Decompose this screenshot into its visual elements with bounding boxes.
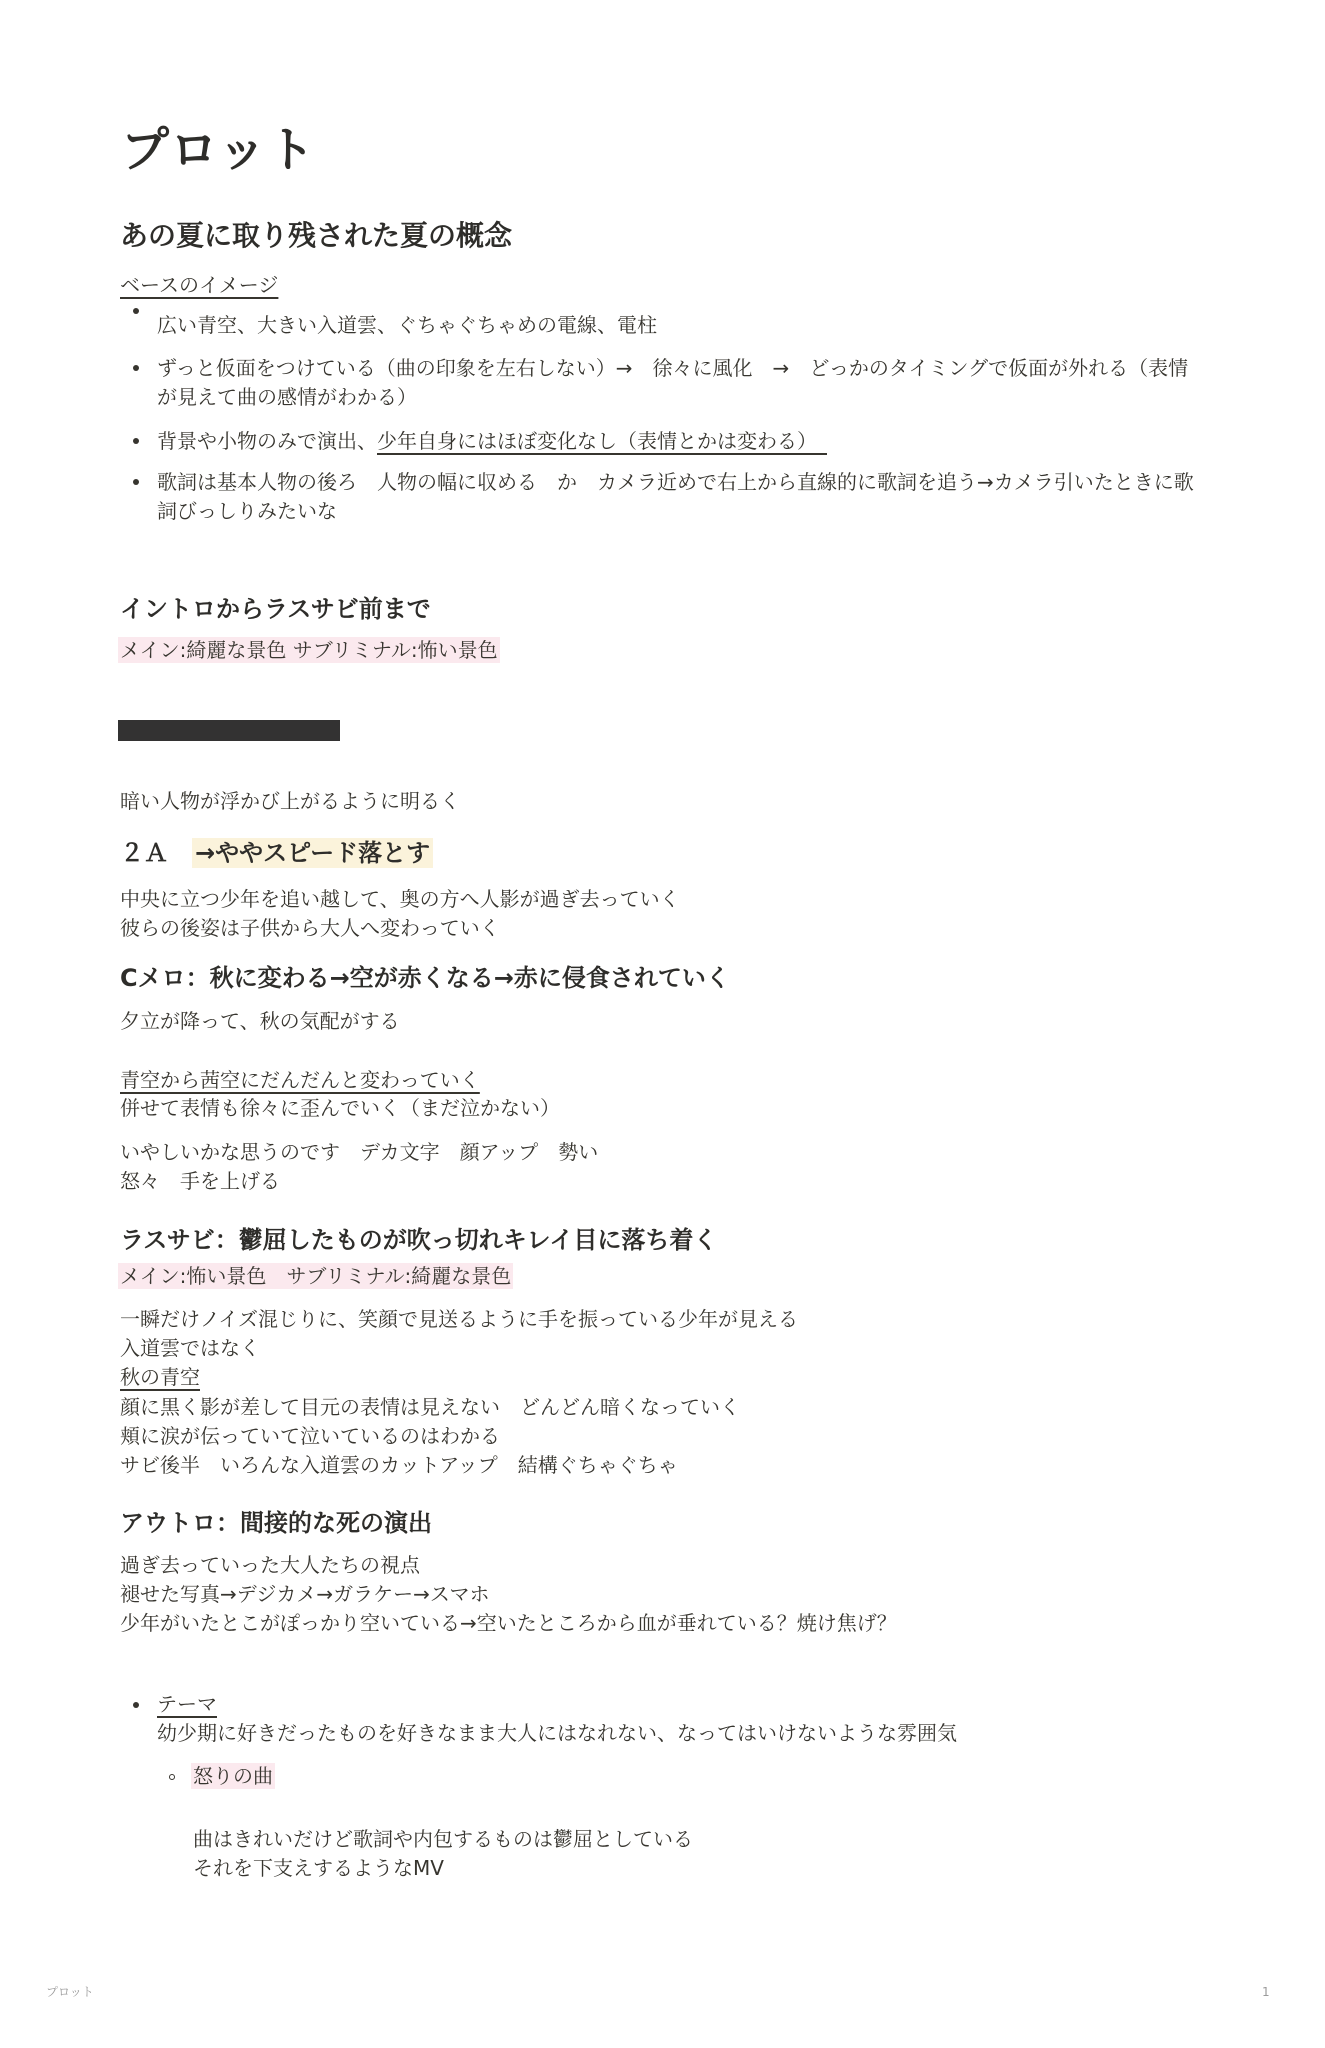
intro-heading: イントロからラスサビ前まで (120, 593, 431, 625)
footer-title: プロット (46, 1984, 94, 2000)
paragraph-line: サビ後半 いろんな入道雲のカットアップ 結構ぐちゃぐちゃ (120, 1451, 798, 1480)
last-chorus-highlight-line: メイン:怖い景色 サブリミナル:綺麗な景色 (120, 1262, 513, 1291)
concept-heading: あの夏に取り残された夏の概念 (120, 218, 512, 254)
last-chorus-paragraph: 一瞬だけノイズ混じりに、笑顔で見送るように手を振っている少年が見える 入道雲では… (120, 1305, 798, 1480)
list-item-line: 広い青空、大きい入道雲、ぐちゃぐちゃめの電線、電柱 (157, 311, 657, 340)
section-2a-heading-prefix: ２Ａ (120, 839, 192, 867)
last-chorus-highlight-text: メイン:怖い景色 サブリミナル:綺麗な景色 (118, 1263, 513, 1289)
paragraph-line: 曲はきれいだけど歌詞や内包するものは鬱屈としている (193, 1825, 693, 1854)
section-2a-heading: ２Ａ →ややスピード落とす (120, 837, 433, 869)
paragraph-line: 少年がいたとこがぽっかり空いている→空いたところから血が垂れている？焼け焦げ？ (120, 1609, 897, 1638)
paragraph-line: それを下支えするようなMV (193, 1854, 693, 1883)
last-chorus-heading: ラスサビ：鬱屈したものが吹っ切れキレイ目に落ち着く (120, 1224, 717, 1256)
list-item: ずっと仮面をつけている（曲の印象を左右しない）→ 徐々に風化 → どっかのタイミ… (157, 354, 1188, 412)
page-title: プロット (121, 121, 316, 179)
list-item-text: 背景や小物のみで演出、 (157, 429, 377, 453)
section-2a-heading-highlight: →ややスピード落とす (192, 838, 433, 868)
bullet-icon (133, 1702, 139, 1708)
paragraph-line: 顔に黒く影が差して目元の表情は見えない どんどん暗くなっていく (120, 1393, 798, 1422)
section-2a-paragraph: 中央に立つ少年を追い越して、奥の方へ人影が過ぎ去っていく 彼らの後姿は子供から大… (120, 885, 680, 943)
c-melo-underlined-text: 青空から茜空にだんだんと変わっていく (120, 1068, 480, 1092)
c-melo-line-2: 併せて表情も徐々に歪んでいく（まだ泣かない） (120, 1094, 560, 1123)
list-item: 広い青空、大きい入道雲、ぐちゃぐちゃめの電線、電柱 (157, 311, 657, 340)
theme-description: 幼少期に好きだったものを好きなまま大人にはなれない、なってはいけないような雰囲気 (157, 1719, 957, 1748)
theme-sub-item-paragraph: 曲はきれいだけど歌詞や内包するものは鬱屈としている それを下支えするようなMV (193, 1825, 693, 1883)
footer-page-number: 1 (1262, 1984, 1270, 2000)
intro-highlight-text: メイン:綺麗な景色 サブリミナル:怖い景色 (118, 637, 500, 663)
intro-highlight-line: メイン:綺麗な景色 サブリミナル:怖い景色 (120, 636, 500, 665)
c-melo-paragraph: いやしいかな思うのです デカ文字 顔アップ 勢い 怒々 手を上げる (120, 1138, 598, 1196)
theme-label-line: テーマ (157, 1690, 957, 1719)
paragraph-line: 入道雲ではなく (120, 1334, 798, 1363)
paragraph-line: 中央に立つ少年を追い越して、奥の方へ人影が過ぎ去っていく (120, 885, 680, 914)
bullet-icon (133, 365, 139, 371)
paragraph-line: 怒々 手を上げる (120, 1167, 598, 1196)
c-melo-heading: Cメロ：秋に変わる→空が赤くなる→赤に侵食されていく (120, 962, 730, 994)
intro-note: 暗い人物が浮かび上がるように明るく (120, 787, 460, 816)
list-item: 背景や小物のみで演出、少年自身にはほぼ変化なし（表情とかは変わる） (157, 427, 827, 456)
list-item-line: ずっと仮面をつけている（曲の印象を左右しない）→ 徐々に風化 → どっかのタイミ… (157, 354, 1188, 383)
underlined-text: 秋の青空 (120, 1365, 200, 1389)
paragraph-line: いやしいかな思うのです デカ文字 顔アップ 勢い (120, 1138, 598, 1167)
paragraph-line: 過ぎ去っていった大人たちの視点 (120, 1551, 897, 1580)
outro-heading: アウトロ：間接的な死の演出 (120, 1507, 432, 1539)
theme-sub-item-label: 怒りの曲 (191, 1763, 275, 1789)
bullet-icon (133, 438, 139, 444)
c-melo-line-1: 夕立が降って、秋の気配がする (120, 1007, 400, 1036)
list-item-underlined-text: 少年自身にはほぼ変化なし（表情とかは変わる） (377, 429, 827, 453)
paragraph-line-underlined: 秋の青空 (120, 1363, 798, 1392)
list-item: 歌詞は基本人物の後ろ 人物の幅に収める か カメラ近めで右上から直線的に歌詞を追… (157, 468, 1194, 526)
bullet-icon (133, 308, 139, 314)
document-page: プロット あの夏に取り残された夏の概念 ベースのイメージ 広い青空、大きい入道雲… (0, 0, 1325, 2048)
base-image-label: ベースのイメージ (120, 271, 278, 300)
c-melo-underlined-line: 青空から茜空にだんだんと変わっていく (120, 1066, 480, 1095)
list-item-line: が見えて曲の感情がわかる） (157, 383, 1188, 412)
theme-sub-item: 怒りの曲 (193, 1762, 275, 1791)
paragraph-line: 褪せた写真→デジカメ→ガラケー→スマホ (120, 1580, 897, 1609)
theme-list-item: テーマ 幼少期に好きだったものを好きなまま大人にはなれない、なってはいけないよう… (157, 1690, 957, 1748)
paragraph-line: 彼らの後姿は子供から大人へ変わっていく (120, 914, 680, 943)
redacted-block (118, 720, 340, 741)
sub-bullet-circle-icon (169, 1774, 175, 1780)
bullet-icon (133, 479, 139, 485)
base-image-label-text: ベースのイメージ (120, 273, 278, 297)
outro-paragraph: 過ぎ去っていった大人たちの視点 褪せた写真→デジカメ→ガラケー→スマホ 少年がい… (120, 1551, 897, 1639)
theme-label: テーマ (157, 1692, 217, 1716)
list-item-line: 詞びっしりみたいな (157, 497, 1194, 526)
list-item-line: 歌詞は基本人物の後ろ 人物の幅に収める か カメラ近めで右上から直線的に歌詞を追… (157, 468, 1194, 497)
paragraph-line: 一瞬だけノイズ混じりに、笑顔で見送るように手を振っている少年が見える (120, 1305, 798, 1334)
paragraph-line: 頬に涙が伝っていて泣いているのはわかる (120, 1422, 798, 1451)
